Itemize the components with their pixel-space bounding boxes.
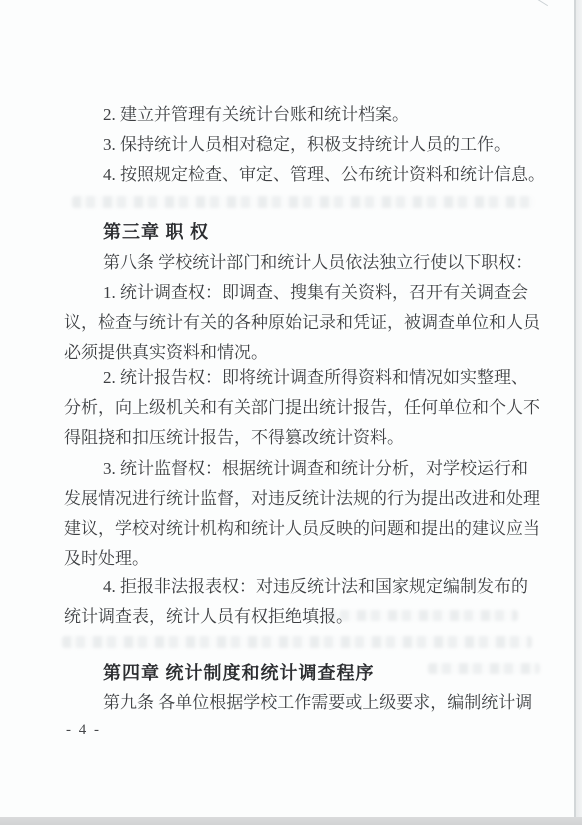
bleed-through-mark xyxy=(72,196,534,208)
scan-bottom-edge xyxy=(0,817,582,825)
paragraph-line: 发展情况进行统计监督，对违反统计法规的行为提出改进和处理 xyxy=(64,484,570,514)
list-item: 2. 建立并管理有关统计台账和统计档案。 xyxy=(64,100,570,130)
scanned-page: 2. 建立并管理有关统计台账和统计档案。 3. 保持统计人员相对稳定，积极支持统… xyxy=(0,0,576,817)
paragraph-line: 统计调查表，统计人员有权拒绝填报。 xyxy=(64,602,570,632)
chapter4-heading: 第四章 统计制度和统计调查程序 xyxy=(64,658,570,688)
paragraph-line: 分析，向上级机关和有关部门提出统计报告，任何单位和个人不 xyxy=(64,393,570,423)
paragraph-line: 1. 统计调查权：即调查、搜集有关资料，召开有关调查会 xyxy=(64,278,570,308)
article8: 第八条 学校统计部门和统计人员依法独立行使以下职权： xyxy=(64,248,570,278)
article-lead: 第九条 各单位根据学校工作需要或上级要求，编制统计调 xyxy=(64,688,570,718)
scan-right-margin xyxy=(576,0,582,825)
article8-paragraph-4: 4. 拒报非法报表权：对违反统计法和国家规定编制发布的 统计调查表，统计人员有权… xyxy=(64,572,570,632)
paragraph-line: 得阻挠和扣压统计报告，不得篡改统计资料。 xyxy=(64,423,570,453)
list-item: 4. 按照规定检查、审定、管理、公布统计资料和统计信息。 xyxy=(64,160,570,190)
paragraph-line: 2. 统计报告权：即将统计调查所得资料和情况如实整理、 xyxy=(64,363,570,393)
article8-paragraph-3: 3. 统计监督权：根据统计调查和统计分析，对学校运行和 发展情况进行统计监督，对… xyxy=(64,454,570,574)
paragraph-line: 建议，学校对统计机构和统计人员反映的问题和提出的建议应当 xyxy=(64,514,570,544)
paragraph-line: 4. 拒报非法报表权：对违反统计法和国家规定编制发布的 xyxy=(64,572,570,602)
document-scan: 2. 建立并管理有关统计台账和统计档案。 3. 保持统计人员相对稳定，积极支持统… xyxy=(0,0,582,825)
chapter3-heading: 第三章 职 权 xyxy=(64,217,570,247)
article8-paragraph-1: 1. 统计调查权：即调查、搜集有关资料，召开有关调查会 议，检查与统计有关的各种… xyxy=(64,278,570,368)
scan-scratch-artifact xyxy=(534,0,548,6)
paragraph-line: 议，检查与统计有关的各种原始记录和凭证，被调查单位和人员 xyxy=(64,308,570,338)
article-lead: 第八条 学校统计部门和统计人员依法独立行使以下职权： xyxy=(64,248,570,278)
duty-list-continuation: 2. 建立并管理有关统计台账和统计档案。 3. 保持统计人员相对稳定，积极支持统… xyxy=(64,100,570,190)
article8-paragraph-2: 2. 统计报告权：即将统计调查所得资料和情况如实整理、 分析，向上级机关和有关部… xyxy=(64,363,570,453)
article9: 第九条 各单位根据学校工作需要或上级要求，编制统计调 xyxy=(64,688,570,718)
chapter-title: 第三章 职 权 xyxy=(64,217,570,247)
list-item: 3. 保持统计人员相对稳定，积极支持统计人员的工作。 xyxy=(64,130,570,160)
page-number: - 4 - xyxy=(66,715,101,745)
bleed-through-mark xyxy=(62,636,532,648)
paragraph-line: 3. 统计监督权：根据统计调查和统计分析，对学校运行和 xyxy=(64,454,570,484)
chapter-title: 第四章 统计制度和统计调查程序 xyxy=(64,658,570,688)
paragraph-line: 及时处理。 xyxy=(64,544,570,574)
